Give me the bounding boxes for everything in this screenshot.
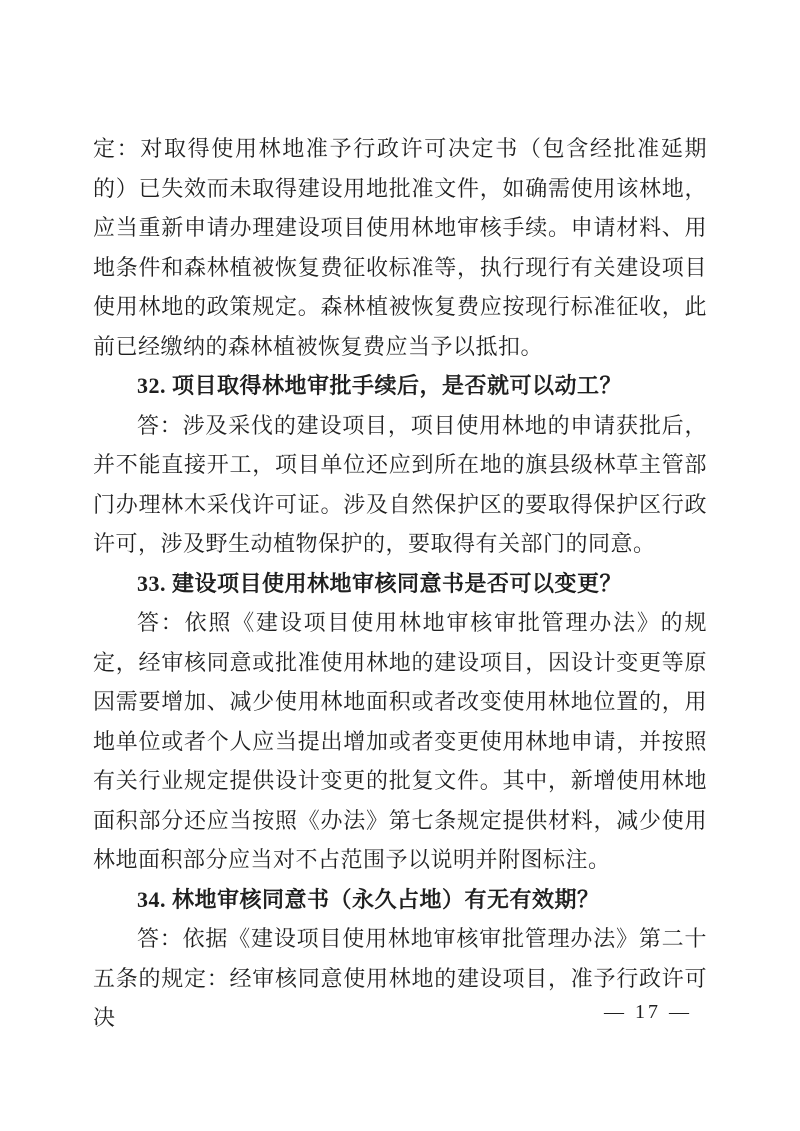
document-page: 定：对取得使用林地准予行政许可决定书（包含经批准延期的）已失效而未取得建设用地批… — [0, 0, 800, 1131]
question-32: 32. 项目取得林地审批手续后，是否就可以动工？ — [93, 366, 707, 406]
question-33: 33. 建设项目使用林地审核同意书是否可以变更？ — [93, 564, 707, 604]
page-number: — 17 — — [604, 1001, 692, 1024]
document-body: 定：对取得使用林地准予行政许可决定书（包含经批准延期的）已失效而未取得建设用地批… — [93, 129, 707, 1038]
answer-32: 答：涉及采伐的建设项目，项目使用林地的申请获批后，并不能直接开工，项目单位还应到… — [93, 406, 707, 564]
question-34: 34. 林地审核同意书（永久占地）有无有效期？ — [93, 880, 707, 920]
answer-33: 答：依照《建设项目使用林地审核审批管理办法》的规定，经审核同意或批准使用林地的建… — [93, 603, 707, 880]
body-paragraph-continuation: 定：对取得使用林地准予行政许可决定书（包含经批准延期的）已失效而未取得建设用地批… — [93, 129, 707, 366]
